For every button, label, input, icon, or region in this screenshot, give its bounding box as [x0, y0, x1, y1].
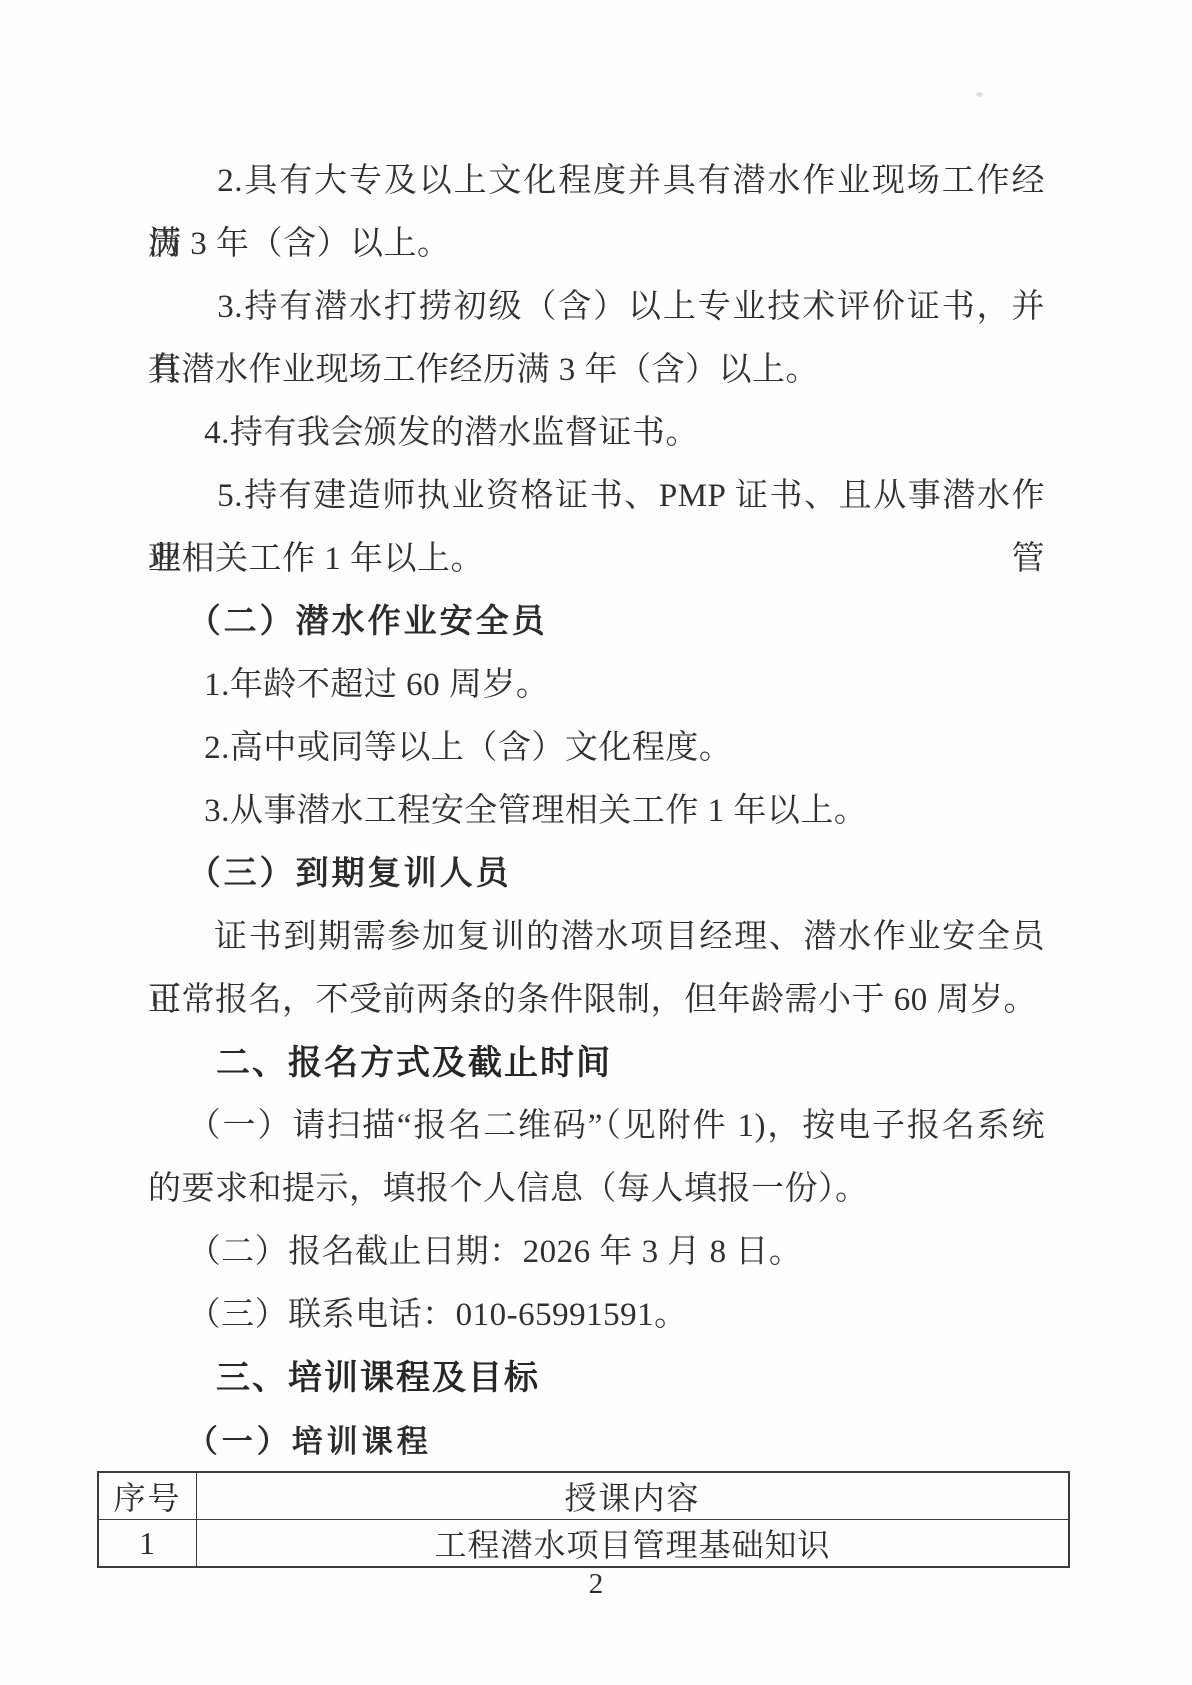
- paragraph-line: 正常报名，不受前两条的条件限制，但年龄需小于 60 周岁。: [148, 969, 1045, 1032]
- subsection-heading-training-courses: （一）培训课程: [148, 1410, 1045, 1473]
- course-table: 序号 授课内容 1 工程潜水项目管理基础知识: [97, 1471, 1070, 1568]
- table-header-row: 序号 授课内容: [98, 1472, 1069, 1520]
- page-number: 2: [0, 1568, 1192, 1601]
- document-page: 2.具有大专及以上文化程度并具有潜水作业现场工作经历 满 3 年（含）以上。 3…: [0, 0, 1192, 1685]
- paragraph-line: 5.持有建造师执业资格证书、PMP 证书、且从事潜水作业管: [148, 465, 1045, 528]
- paragraph-line: 2.具有大专及以上文化程度并具有潜水作业现场工作经历: [148, 150, 1045, 213]
- section-heading-courses: 三、培训课程及目标: [148, 1347, 1045, 1410]
- table-header-content: 授课内容: [197, 1472, 1070, 1520]
- paragraph-line: 4.持有我会颁发的潜水监督证书。: [148, 402, 1045, 465]
- section-heading-registration: 二、报名方式及截止时间: [148, 1032, 1045, 1095]
- paragraph-line-deadline: （二）报名截止日期：2026 年 3 月 8 日。: [148, 1221, 1045, 1284]
- subsection-heading-retraining-personnel: （三）到期复训人员: [148, 843, 1045, 906]
- document-body: 2.具有大专及以上文化程度并具有潜水作业现场工作经历 满 3 年（含）以上。 3…: [148, 150, 1045, 1473]
- paragraph-line: 证书到期需参加复训的潜水项目经理、潜水作业安全员可: [148, 906, 1045, 969]
- paragraph-line: （一）请扫描“报名二维码”（见附件 1)，按电子报名系统: [148, 1095, 1045, 1158]
- table-cell-index: 1: [98, 1520, 197, 1568]
- paragraph-line-phone: （三）联系电话：010-65991591。: [148, 1284, 1045, 1347]
- paragraph-line: 的要求和提示，填报个人信息（每人填报一份）。: [148, 1158, 1045, 1221]
- paragraph-line: 2.高中或同等以上（含）文化程度。: [148, 717, 1045, 780]
- table-header-index: 序号: [98, 1472, 197, 1520]
- paragraph-line: 1.年龄不超过 60 周岁。: [148, 654, 1045, 717]
- table-cell-content: 工程潜水项目管理基础知识: [197, 1520, 1070, 1568]
- table-row: 1 工程潜水项目管理基础知识: [98, 1520, 1069, 1568]
- scan-speckle: [976, 92, 983, 97]
- paragraph-line: 3.从事潜水工程安全管理相关工作 1 年以上。: [148, 780, 1045, 843]
- subsection-heading-diving-safety-officer: （二）潜水作业安全员: [148, 591, 1045, 654]
- paragraph-line: 有潜水作业现场工作经历满 3 年（含）以上。: [148, 339, 1045, 402]
- paragraph-line: 3.持有潜水打捞初级（含）以上专业技术评价证书，并具: [148, 276, 1045, 339]
- paragraph-line: 满 3 年（含）以上。: [148, 213, 1045, 276]
